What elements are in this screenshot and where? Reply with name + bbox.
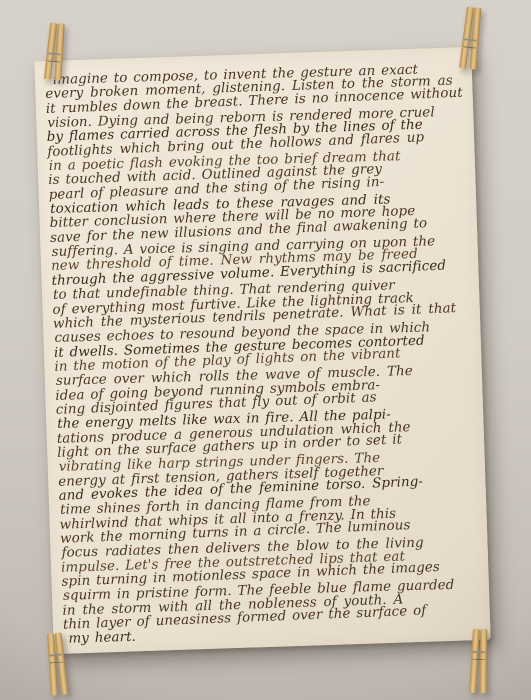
clothespin-wood-leg (479, 629, 486, 693)
clothespin-bottom-right (470, 629, 487, 693)
manuscript-paper: imagine to compose, to invent the gestur… (34, 47, 490, 654)
clothespin-spring-wire (472, 651, 485, 660)
photo-of-pinned-manuscript: imagine to compose, to invent the gestur… (0, 0, 531, 700)
clothespin-spring-wire (463, 39, 477, 49)
clothespin-top-right (460, 6, 481, 69)
clothespin-spring-wire (47, 52, 61, 62)
manuscript-text: imagine to compose, to invent the gestur… (34, 47, 490, 654)
clothespin-spring-wire (49, 654, 63, 664)
